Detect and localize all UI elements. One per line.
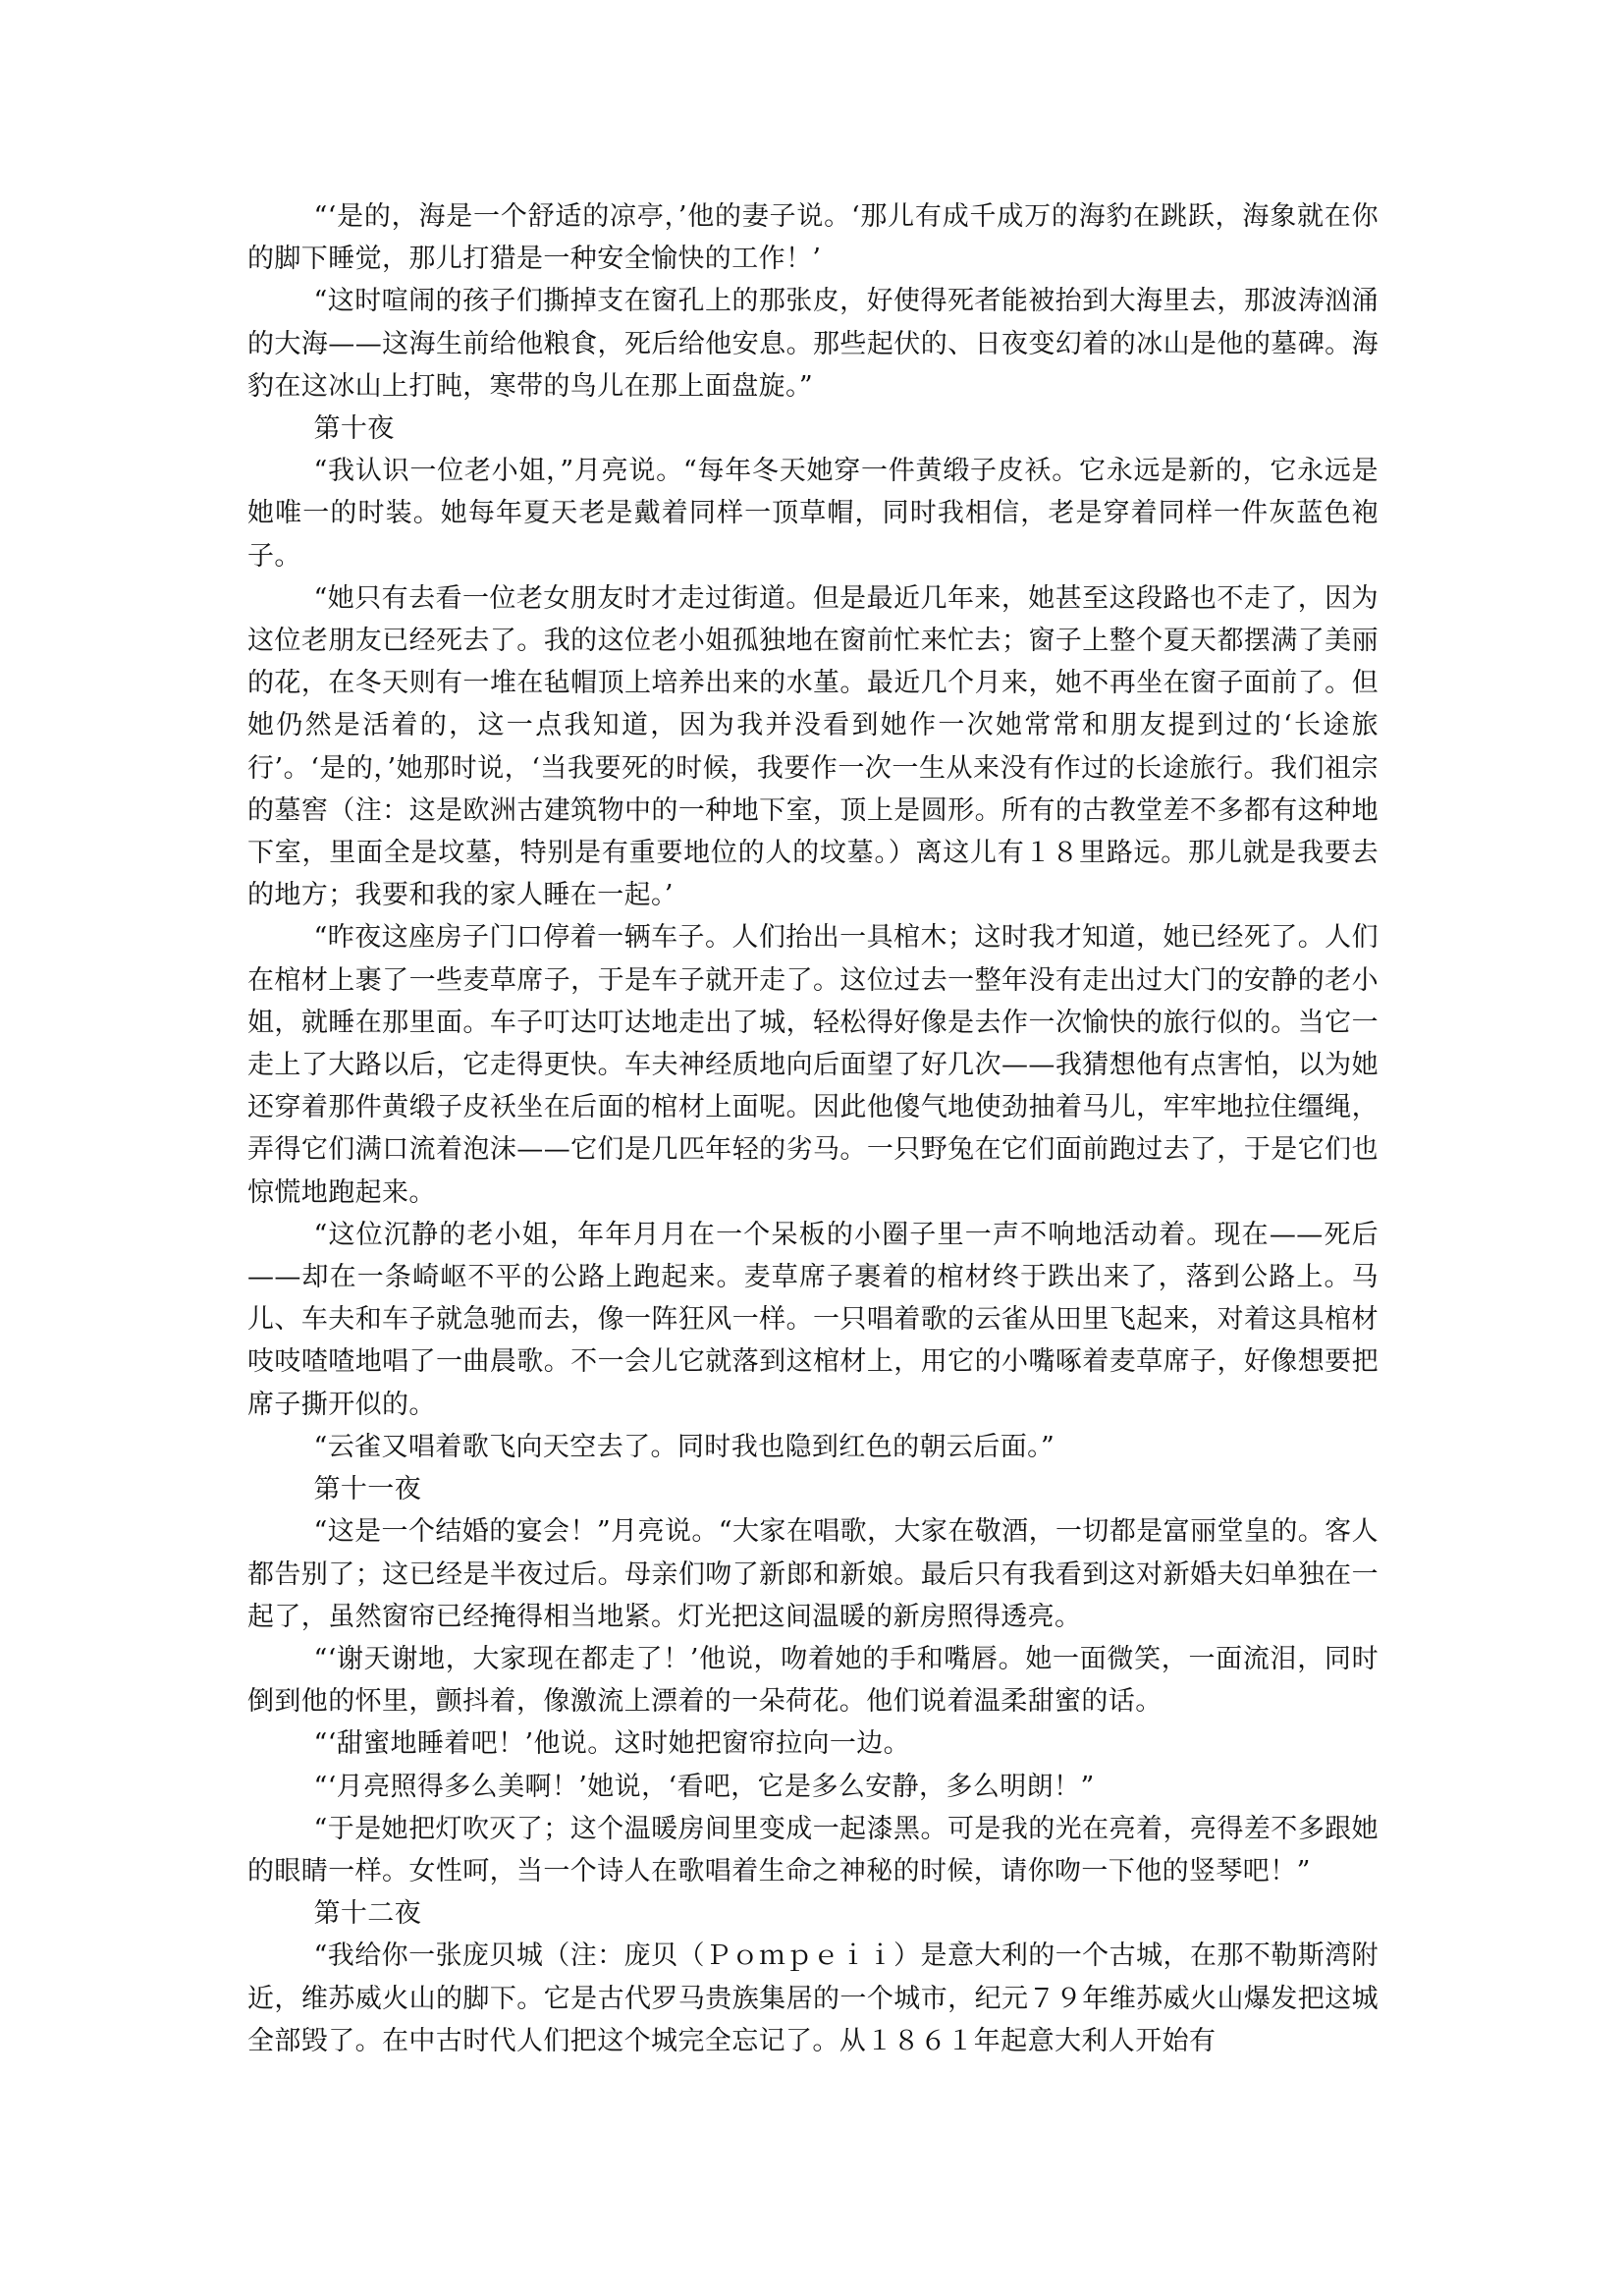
section-heading-twelfth-night: 第十二夜 [247,1892,1379,1935]
paragraph-wedding-feast: “这是一个结婚的宴会！”月亮说。“大家在唱歌，大家在敬酒，一切都是富丽堂皇的。客… [247,1510,1379,1638]
paragraph-burial-at-sea: “这时喧闹的孩子们撕掉支在窗孔上的那张皮，好使得死者能被抬到大海里去，那波涛汹涌… [247,280,1379,408]
paragraph-pompeii: “我给你一张庞贝城（注：庞贝（Ｐｏｍｐｅｉｉ）是意大利的一个古城，在那不勒斯湾附… [247,1935,1379,2062]
paragraph-sleep-sweetly: “‘甜蜜地睡着吧！’他说。这时她把窗帘拉向一边。 [247,1722,1379,1765]
paragraph-moon-shines: “‘月亮照得多么美啊！’她说，‘看吧，它是多么安静，多么明朗！” [247,1766,1379,1808]
section-heading-tenth-night: 第十夜 [247,408,1379,450]
paragraph-old-maid-life: “她只有去看一位老女朋友时才走过街道。但是最近几年来，她甚至这段路也不走了，因为… [247,577,1379,917]
paragraph-coffin-falls: “这位沉静的老小姐，年年月月在一个呆板的小圈子里一声不响地活动着。现在——死后—… [247,1214,1379,1426]
paragraph-thank-heaven: “‘谢天谢地，大家现在都走了！’他说，吻着她的手和嘴唇。她一面微笑，一面流泪，同… [247,1638,1379,1722]
paragraph-lark-flies: “云雀又唱着歌飞向天空去了。同时我也隐到红色的朝云后面。” [247,1426,1379,1468]
paragraph-seal-hunting: “‘是的，海是一个舒适的凉亭，’他的妻子说。‘那儿有成千成万的海豹在跳跃，海象就… [247,195,1379,280]
paragraph-lamp-out: “于是她把灯吹灭了；这个温暖房间里变成一起漆黑。可是我的光在亮着，亮得差不多跟她… [247,1808,1379,1892]
paragraph-hearse: “昨夜这座房子门口停着一辆车子。人们抬出一具棺木；这时我才知道，她已经死了。人们… [247,916,1379,1213]
section-heading-eleventh-night: 第十一夜 [247,1468,1379,1510]
document-page: “‘是的，海是一个舒适的凉亭，’他的妻子说。‘那儿有成千成万的海豹在跳跃，海象就… [247,195,1379,2062]
paragraph-old-maid-intro: “我认识一位老小姐，”月亮说。“每年冬天她穿一件黄缎子皮袄。它永远是新的，它永远… [247,450,1379,577]
